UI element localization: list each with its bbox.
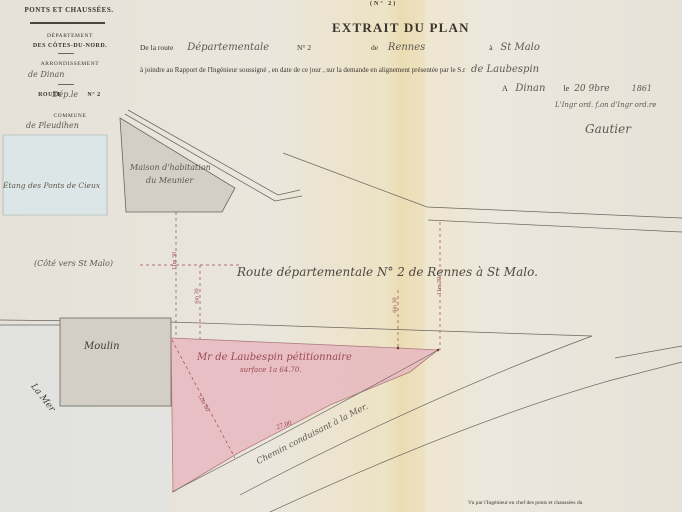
request-text: à joindre au Rapport de l'Ingénieur sous…: [140, 66, 465, 74]
route-line: De la route Départementale N° 2 de Renne…: [140, 42, 540, 53]
departement-label: DÉPARTEMENT: [0, 33, 140, 39]
service-label: PONTS ET CHAUSSÉES.: [16, 6, 122, 14]
footer-note: Vu par l'Ingénieur en chef des ponts et …: [468, 500, 582, 506]
to-label: à: [489, 43, 492, 52]
label-house-2: du Meunier: [146, 176, 193, 185]
dim-6-30-b: 6m 30: [393, 297, 399, 312]
label-parcel: Mr de Laubespin pétitionnaire: [197, 352, 352, 363]
route-type: Départementale: [187, 42, 269, 53]
dim-6-30: 6m 30: [195, 288, 201, 303]
departement-value: DES CÔTES-DU-NORD.: [0, 43, 140, 49]
place-value: Dinan: [515, 83, 545, 94]
place-date: A Dinan le 20 9bre 1861: [502, 83, 652, 94]
request-line: à joindre au Rapport de l'Ingénieur sous…: [140, 64, 539, 75]
route-prefix: De la route: [140, 43, 173, 52]
arrondissement-value: de Dinan: [28, 70, 64, 79]
pond-area: [3, 135, 107, 215]
year-value: 1861: [632, 84, 652, 93]
dim-11-30-b: 11m 30: [437, 277, 443, 295]
label-side: (Côté vers St Malo): [34, 259, 113, 268]
label-house: Maison d'habitation: [130, 163, 211, 172]
from-value: Rennes: [388, 42, 425, 53]
page-title: EXTRAIT DU PLAN: [332, 20, 470, 36]
mill-building: [60, 318, 171, 406]
signature: Gautier: [585, 122, 631, 136]
title-cartouche: PONTS ET CHAUSSÉES. DÉPARTEMENT DES CÔTE…: [0, 0, 140, 135]
plan-number: (N° 2): [370, 1, 397, 7]
petitioner-name: de Laubespin: [471, 64, 539, 75]
label-mill: Moulin: [84, 341, 120, 352]
to-value: St Malo: [500, 42, 539, 53]
from-label: de: [371, 43, 378, 52]
signature-title: L'Ingr ord. f.on d'Ingr ord.re: [555, 101, 656, 109]
divider: [58, 53, 74, 54]
arrondissement-label: ARRONDISSEMENT: [0, 61, 140, 67]
label-surface: surface 1a 64.70.: [240, 366, 302, 374]
route-number: N° 2: [297, 43, 311, 52]
commune-value: de Pleudihen: [26, 121, 79, 130]
divider: [30, 22, 105, 24]
dim-11-30: 11m 30: [172, 252, 178, 270]
label-route: Route départementale N° 2 de Rennes à St…: [237, 265, 538, 279]
commune-label: COMMUNE: [0, 113, 140, 119]
route-number: N° 2: [24, 92, 164, 98]
date-value: 20 9bre: [574, 84, 609, 94]
divider: [58, 84, 74, 85]
label-pond: Étang des Ponts de Cieux: [3, 181, 100, 190]
